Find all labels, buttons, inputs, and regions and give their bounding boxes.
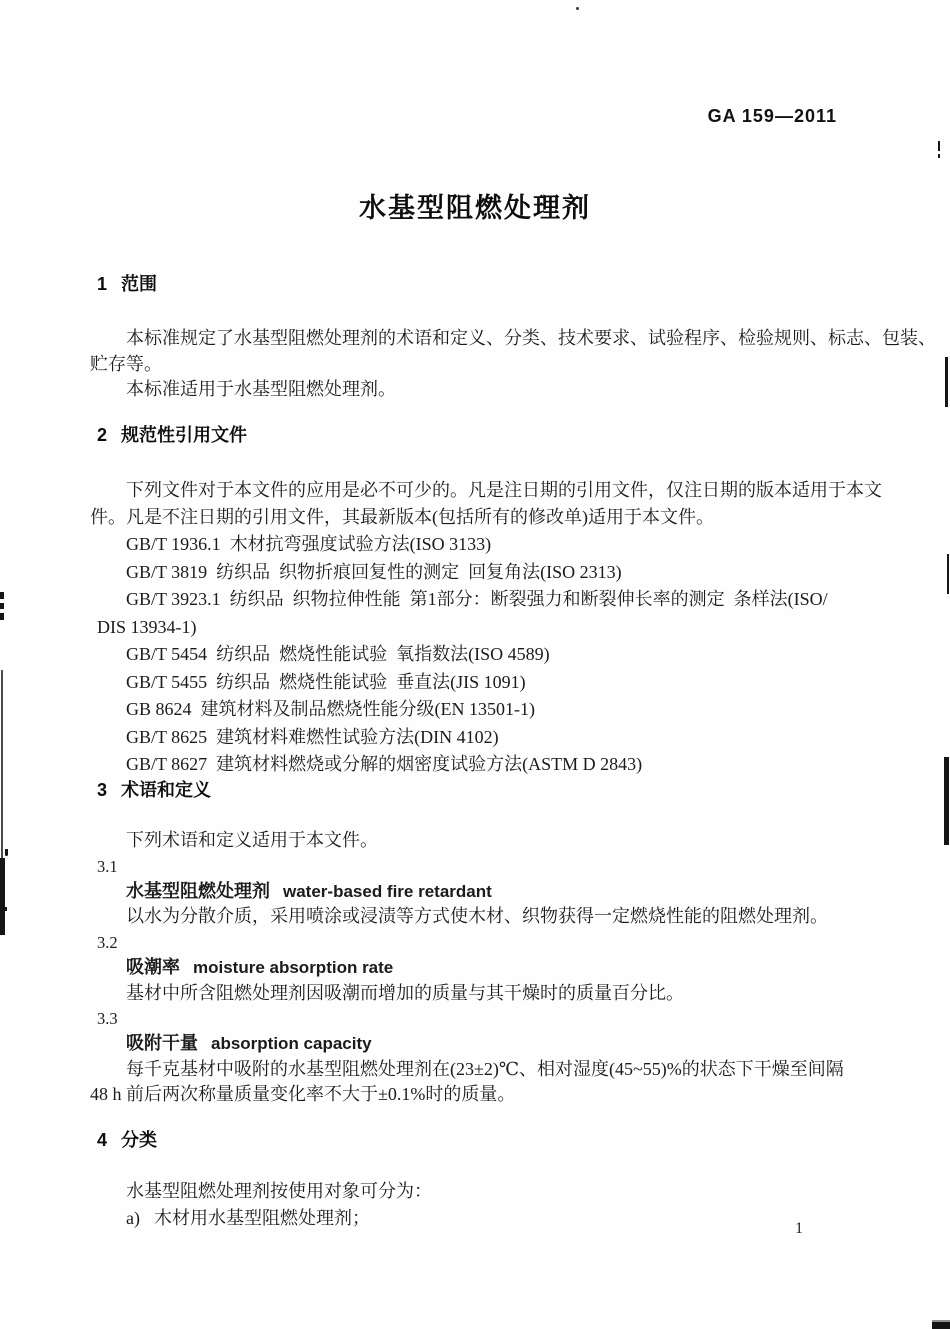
term-en: absorption capacity xyxy=(211,1034,372,1053)
section-title: 分类 xyxy=(121,1130,157,1150)
scan-bar-left-edge xyxy=(0,858,5,935)
list-item-label: a) xyxy=(126,1208,140,1228)
scan-dash-left-1 xyxy=(0,592,4,599)
section-classification-heading: 4分类 xyxy=(90,1128,862,1152)
scope-line-3: 本标准适用于水基型阻燃处理剂。 xyxy=(90,377,862,403)
section-scope-heading: 1范围 xyxy=(90,272,862,296)
scan-bar-right-2 xyxy=(947,554,949,594)
term-en: moisture absorption rate xyxy=(193,958,393,977)
terms-list: 3.1 水基型阻燃处理剂water-based fire retardant 以… xyxy=(90,854,862,1108)
section-references-heading: 2规范性引用文件 xyxy=(90,423,862,447)
section-title: 规范性引用文件 xyxy=(121,425,247,445)
reference-item: GB/T 8627 建筑材料燃烧或分解的烟密度试验方法(ASTM D 2843) xyxy=(90,751,862,779)
term-zh: 水基型阻燃处理剂 xyxy=(126,881,270,901)
classification-item-a: a)木材用水基型阻燃处理剂； xyxy=(90,1205,862,1232)
document-page: GA 159—2011 水基型阻燃处理剂 1范围 本标准规定了水基型阻燃处理剂的… xyxy=(0,0,950,1329)
term-id: 3.2 xyxy=(90,930,862,955)
section-number: 3 xyxy=(97,780,107,800)
term-id: 3.1 xyxy=(90,854,862,879)
section-title: 范围 xyxy=(121,274,157,294)
term-definition: 基材中所含阻燃处理剂因吸潮而增加的质量与其干燥时的质量百分比。 xyxy=(90,981,862,1006)
reference-item: GB/T 3923.1 纺织品 织物拉伸性能 第1部分：断裂强力和断裂伸长率的测… xyxy=(90,586,862,614)
section-terms-heading: 3术语和定义 xyxy=(90,778,862,802)
term-entry: 吸附干量absorption capacity xyxy=(90,1031,862,1056)
scan-speck-top xyxy=(576,7,579,10)
list-item-text: 木材用水基型阻燃处理剂； xyxy=(154,1208,370,1228)
term-definition: 以水为分散介质，采用喷涂或浸渍等方式使木材、织物获得一定燃烧性能的阻燃处理剂。 xyxy=(90,904,862,929)
section-scope: 1范围 本标准规定了水基型阻燃处理剂的术语和定义、分类、技术要求、试验程序、检验… xyxy=(90,272,862,403)
scan-bar-right-3 xyxy=(944,757,949,845)
term-definition: 每千克基材中吸附的水基型阻燃处理剂在(23±2)℃、相对湿度(45~55)%的状… xyxy=(90,1057,862,1082)
references-intro: 下列文件对于本文件的应用是必不可少的。凡是注日期的引用文件，仅注日期的版本适用于… xyxy=(90,477,862,531)
standard-code: GA 159—2011 xyxy=(90,106,837,127)
term-entry: 水基型阻燃处理剂water-based fire retardant xyxy=(90,879,862,904)
scan-corner-bar xyxy=(932,1322,950,1329)
term-definition-continuation: 48 h 前后两次称量质量变化率不大于±0.1%时的质量。 xyxy=(90,1082,862,1107)
scan-mark-right-dash xyxy=(938,141,940,151)
references-intro-line-2: 件。凡是不注日期的引用文件，其最新版本(包括所有的修改单)适用于本文件。 xyxy=(90,504,862,531)
section-number: 4 xyxy=(97,1130,107,1150)
scan-speck-left-comma xyxy=(5,849,8,856)
reference-item: GB/T 8625 建筑材料难燃性试验方法(DIN 4102) xyxy=(90,724,862,752)
term-en: water-based fire retardant xyxy=(283,882,492,901)
section-classification: 4分类 水基型阻燃处理剂按使用对象可分为： a)木材用水基型阻燃处理剂； xyxy=(90,1128,862,1232)
reference-item: GB/T 3819 纺织品 织物折痕回复性的测定 回复角法(ISO 2313) xyxy=(90,559,862,587)
term-zh: 吸附干量 xyxy=(126,1033,198,1053)
classification-intro: 水基型阻燃处理剂按使用对象可分为： xyxy=(90,1178,862,1205)
scan-bar-right-1 xyxy=(945,357,948,407)
scope-paragraphs: 本标准规定了水基型阻燃处理剂的术语和定义、分类、技术要求、试验程序、检验规则、标… xyxy=(90,326,862,403)
section-number: 2 xyxy=(97,425,107,445)
reference-item-continuation: DIS 13934-1) xyxy=(90,614,862,642)
scan-dash-left-3 xyxy=(0,613,4,620)
terms-intro-line: 下列术语和定义适用于本文件。 xyxy=(90,828,862,854)
term-id: 3.3 xyxy=(90,1006,862,1031)
section-title: 术语和定义 xyxy=(121,780,211,800)
term-entry: 吸潮率moisture absorption rate xyxy=(90,955,862,980)
scope-line-2: 贮存等。 xyxy=(90,352,862,378)
references-list: GB/T 1936.1 木材抗弯强度试验方法(ISO 3133) GB/T 38… xyxy=(90,531,862,779)
reference-item: GB/T 5455 纺织品 燃烧性能试验 垂直法(JIS 1091) xyxy=(90,669,862,697)
scope-line-1: 本标准规定了水基型阻燃处理剂的术语和定义、分类、技术要求、试验程序、检验规则、标… xyxy=(90,326,862,352)
page-number: 1 xyxy=(795,1220,803,1238)
classification-body: 水基型阻燃处理剂按使用对象可分为： a)木材用水基型阻燃处理剂； xyxy=(90,1178,862,1232)
section-terms: 3术语和定义 下列术语和定义适用于本文件。 3.1 水基型阻燃处理剂water-… xyxy=(90,778,862,1108)
document-title: 水基型阻燃处理剂 xyxy=(0,186,950,225)
section-number: 1 xyxy=(97,274,107,294)
reference-item: GB 8624 建筑材料及制品燃烧性能分级(EN 13501-1) xyxy=(90,696,862,724)
references-intro-line-1: 下列文件对于本文件的应用是必不可少的。凡是注日期的引用文件，仅注日期的版本适用于… xyxy=(90,477,862,504)
section-references: 2规范性引用文件 下列文件对于本文件的应用是必不可少的。凡是注日期的引用文件，仅… xyxy=(90,423,862,779)
scan-mark-right-dot xyxy=(938,154,940,158)
reference-item: GB/T 1936.1 木材抗弯强度试验方法(ISO 3133) xyxy=(90,531,862,559)
term-zh: 吸潮率 xyxy=(126,957,180,977)
scan-speck-left-dot xyxy=(4,907,7,911)
reference-item: GB/T 5454 纺织品 燃烧性能试验 氧指数法(ISO 4589) xyxy=(90,641,862,669)
terms-intro: 下列术语和定义适用于本文件。 xyxy=(90,828,862,854)
scan-dash-left-2 xyxy=(0,603,4,609)
